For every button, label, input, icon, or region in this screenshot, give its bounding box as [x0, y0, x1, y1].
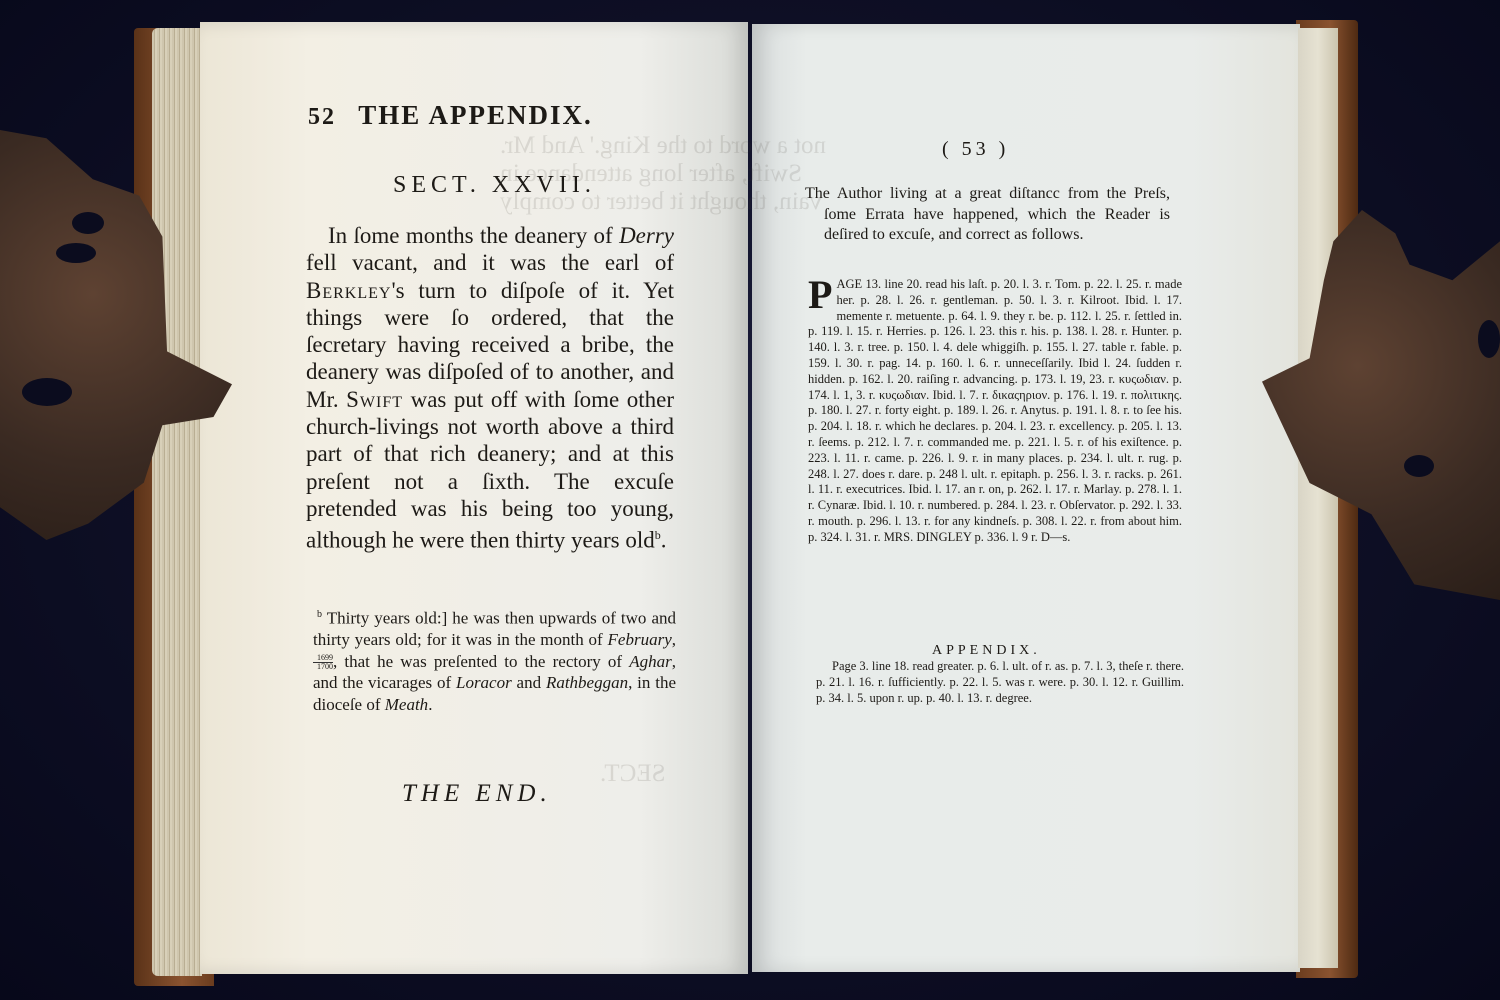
- show-through-line: SECT.: [600, 760, 666, 788]
- clip-hole: [72, 212, 104, 234]
- body-text-run: .: [661, 528, 667, 553]
- errata-intro: The Author living at a great diſtancc fr…: [805, 184, 1170, 246]
- page-number-right: ( 53 ): [942, 138, 1009, 161]
- running-head: 52 THE APPENDIX.: [308, 100, 593, 131]
- year-fraction: 16991700: [313, 654, 333, 671]
- errata-intro-text: The Author living at a great diſtancc fr…: [805, 184, 1170, 246]
- the-end: THE END.: [402, 780, 552, 808]
- name-swift: Swift: [346, 387, 403, 412]
- name-berkley: Berkley: [306, 278, 391, 303]
- errata-text: AGE 13. line 20. read his laſt. p. 20. l…: [808, 277, 1182, 544]
- section-heading: SECT. XXVII.: [393, 172, 596, 199]
- place-name-derry: Derry: [619, 223, 674, 248]
- place-name: Rathbeggan: [546, 673, 628, 692]
- footnote: b Thirty years old:] he was then upwards…: [313, 604, 676, 716]
- footnote-text: and: [512, 673, 546, 692]
- body-text-run: fell vacant, and it was the earl of: [306, 250, 674, 275]
- footnote-text: , that he was preſented to the rectory o…: [333, 652, 629, 671]
- clip-hole: [22, 378, 72, 406]
- appendix-errata-text: Page 3. line 18. read greater. p. 6. l. …: [816, 659, 1184, 706]
- clip-hole: [1478, 320, 1500, 358]
- drop-cap: P: [808, 279, 832, 311]
- body-paragraph: In ſome months the deanery of Derry fell…: [306, 222, 674, 554]
- right-page-block-edge: [1298, 28, 1338, 968]
- errata-list: P AGE 13. line 20. read his laſt. p. 20.…: [808, 277, 1182, 546]
- year-bottom: 1700: [313, 663, 333, 671]
- footnote-marker: b: [317, 609, 322, 620]
- place-name: Loracor: [456, 673, 512, 692]
- open-book: not a word to the King.' And Mr. Swift, …: [0, 0, 1500, 1000]
- footnote-month: February: [608, 630, 672, 649]
- appendix-errata-list: Page 3. line 18. read greater. p. 6. l. …: [816, 659, 1184, 706]
- body-text-run: In ſome months the deanery of: [328, 223, 619, 248]
- page-number-left: 52: [308, 104, 336, 130]
- footnote-lead: Thirty years old:]: [327, 609, 448, 628]
- clip-hole: [56, 243, 96, 263]
- appendix-heading: APPENDIX.: [932, 643, 1041, 659]
- footnote-text: .: [428, 695, 432, 714]
- show-through-line: not a word to the King.' And Mr.: [500, 132, 826, 160]
- clip-hole: [1404, 455, 1434, 477]
- running-head-title: THE APPENDIX.: [358, 100, 593, 130]
- place-name: Aghar: [629, 652, 672, 671]
- left-page-block-edge: [152, 28, 202, 976]
- place-name: Meath: [385, 695, 428, 714]
